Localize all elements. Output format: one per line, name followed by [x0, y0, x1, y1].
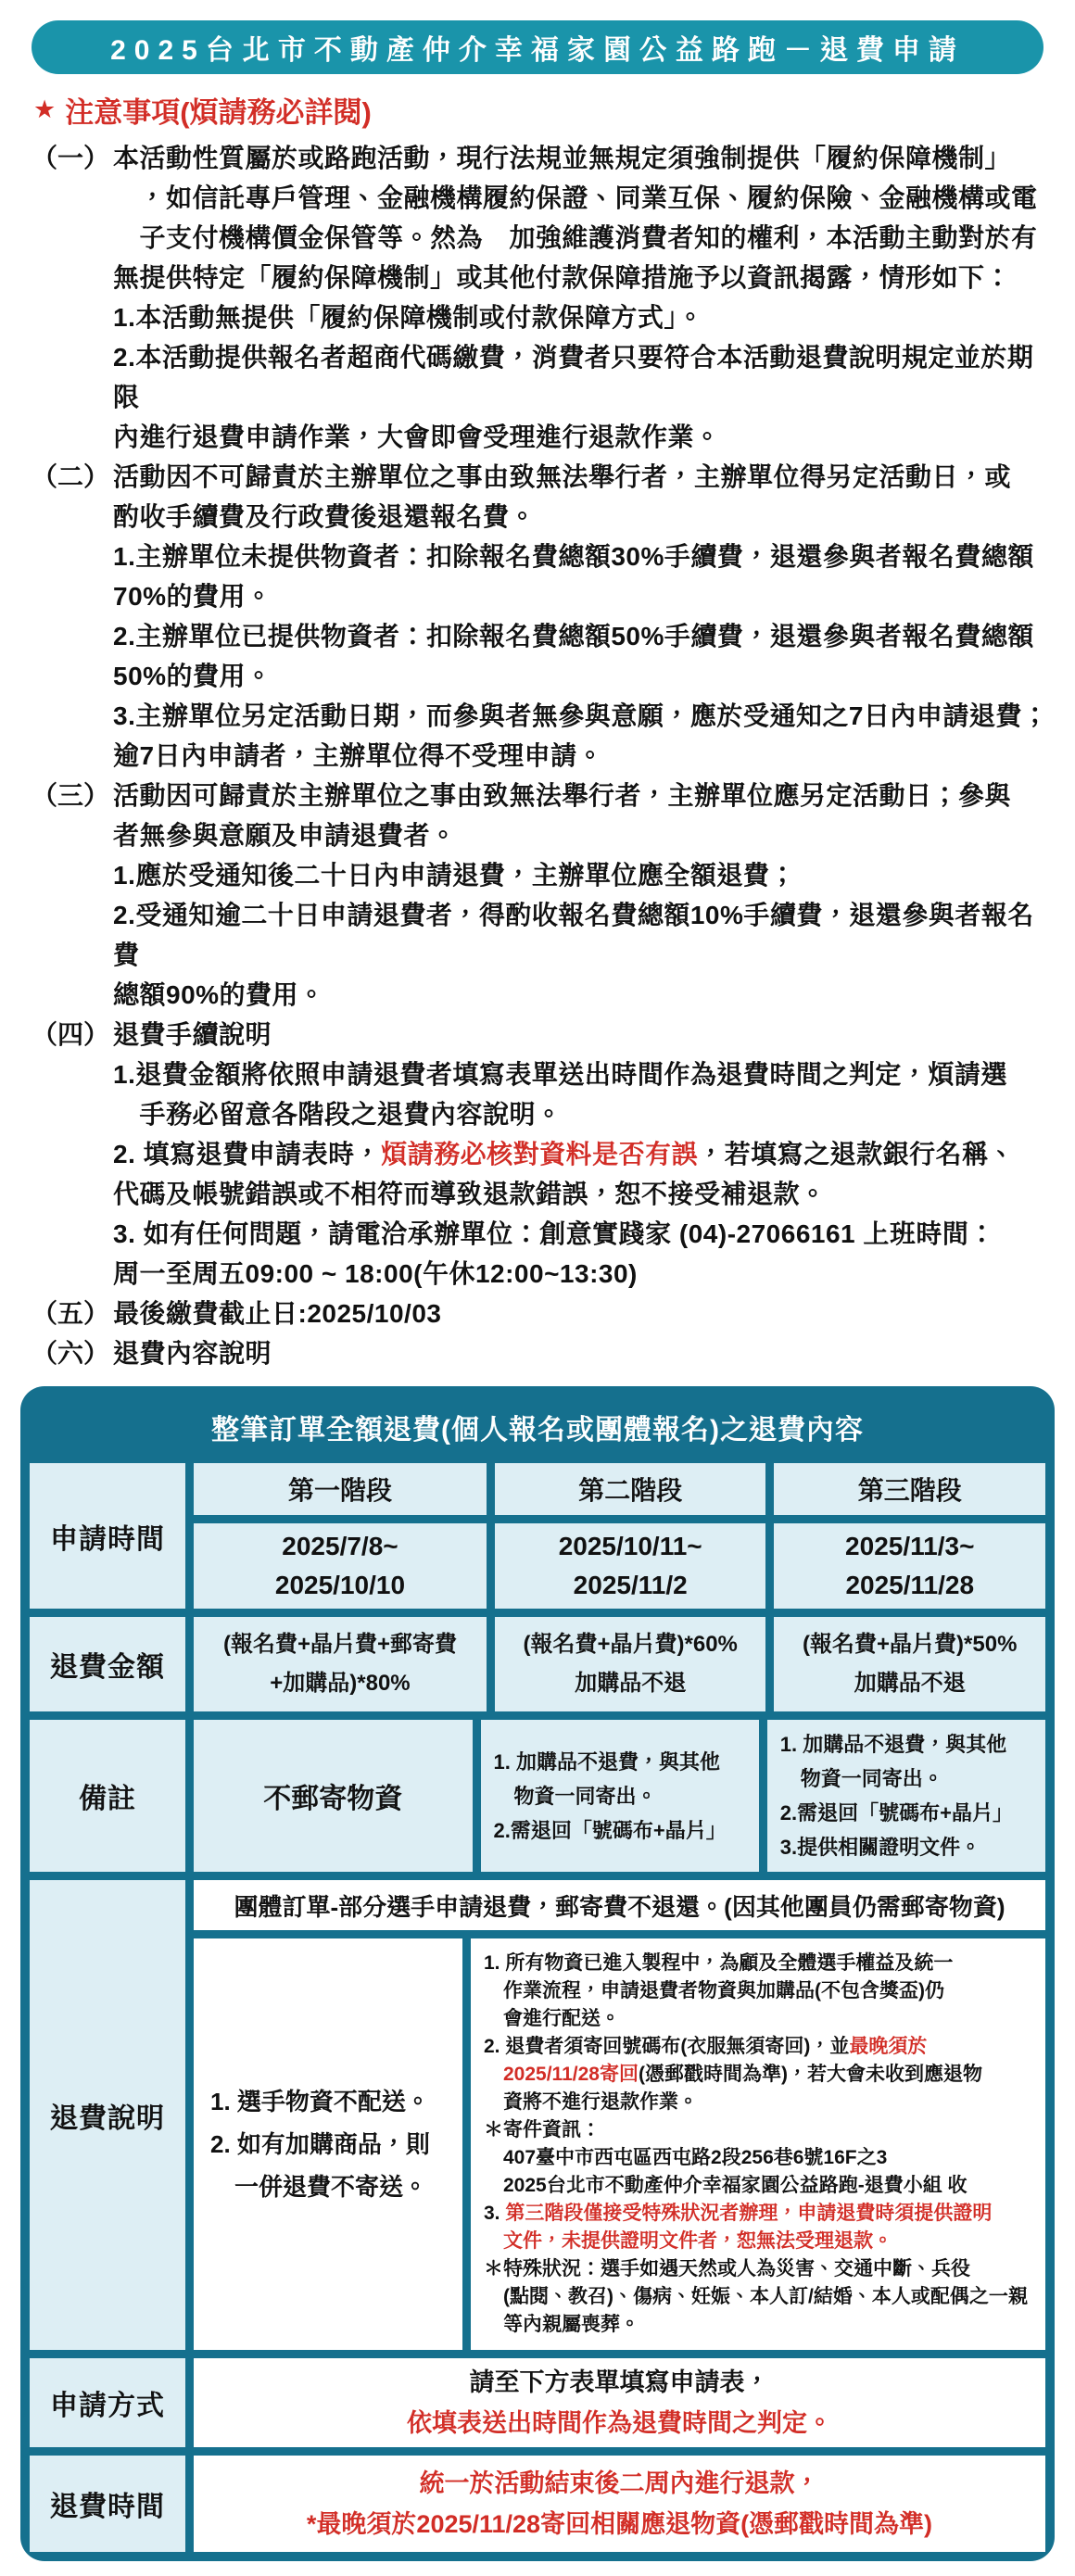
row-label-apply-time: 申請時間 [30, 1463, 185, 1609]
stage1-dates: 2025/7/8~ 2025/10/10 [194, 1523, 487, 1609]
row-refund-time: 退費時間 統一於活動結束後二周內進行退款， *最晚須於2025/11/28寄回相… [30, 2456, 1045, 2552]
notice-item-5: （五） 最後繳費截止日:2025/10/03 [32, 1294, 1058, 1333]
notice-item-6: （六） 退費內容說明 [32, 1333, 1058, 1373]
notice-item-label: （四） [32, 1015, 113, 1054]
row-remark: 備註 不郵寄物資 1. 加購品不退費，與其他 物資一同寄出。 2.需退回「號碼布… [30, 1720, 1045, 1872]
remark-stage2: 1. 加購品不退費，與其他 物資一同寄出。 2.需退回「號碼布+晶片」 [481, 1720, 759, 1872]
notice-item-4: （四） 退費手續說明 1.退費金額將依照申請退費者填寫表單送出時間作為退費時間之… [32, 1015, 1058, 1294]
notice-item-body: 活動因可歸責於主辦單位之事由致無法舉行者，主辦單位應另定活動日；參與 者無參與意… [113, 776, 1058, 1015]
description-content: 團體訂單-部分選手申請退費，郵寄費不退還。(因其他團員仍需郵寄物資) 1. 選手… [194, 1880, 1045, 2350]
apply-method-cell: 請至下方表單填寫申請表， 依填表送出時間作為退費時間之判定。 [194, 2358, 1045, 2447]
amount-stage3: (報名費+晶片費)*50% 加購品不退 [774, 1617, 1045, 1711]
stage3-name: 第三階段 [774, 1463, 1045, 1515]
description-sub-row: 1. 選手物資不配送。 2. 如有加購商品，則 一併退費不寄送。 1. 所有物資… [194, 1938, 1045, 2350]
row-apply-time: 申請時間 第一階段 2025/7/8~ 2025/10/10 第二階段 2025… [30, 1463, 1045, 1609]
row-label-refund-description: 退費說明 [30, 1880, 185, 2350]
stage3-dates: 2025/11/3~ 2025/11/28 [774, 1523, 1045, 1609]
description-left-cell: 1. 選手物資不配送。 2. 如有加購商品，則 一併退費不寄送。 [194, 1938, 462, 2350]
notice-item-label: （五） [32, 1294, 113, 1333]
row-apply-method: 申請方式 請至下方表單填寫申請表， 依填表送出時間作為退費時間之判定。 [30, 2358, 1045, 2447]
amount-stage2: (報名費+晶片費)*60% 加購品不退 [495, 1617, 766, 1711]
row-label-refund-time: 退費時間 [30, 2456, 185, 2552]
row-label-remark: 備註 [30, 1720, 185, 1872]
notice-heading: ★ 注意事項(煩請務必詳閱) [33, 89, 1075, 131]
stage2-name: 第二階段 [495, 1463, 766, 1515]
notice-item-body: 最後繳費截止日:2025/10/03 [113, 1294, 1058, 1333]
stage3-column: 第三階段 2025/11/3~ 2025/11/28 [774, 1463, 1045, 1609]
notice-heading-text: 注意事項(煩請務必詳閱) [65, 89, 372, 131]
notice-item-label: （三） [32, 776, 113, 815]
page-title-banner: 2025台北市不動產仲介幸福家園公益路跑－退費申請 [32, 20, 1043, 74]
row-label-apply-method: 申請方式 [30, 2358, 185, 2447]
stage1-name: 第一階段 [194, 1463, 487, 1515]
table-title: 整筆訂單全額退費(個人報名或團體報名)之退費內容 [30, 1395, 1045, 1455]
notice-item-body: 退費內容說明 [113, 1333, 1058, 1373]
row-label-refund-amount: 退費金額 [30, 1617, 185, 1711]
notice-item-body: 本活動性質屬於或路跑活動，現行法規並無規定須強制提供「履約保障機制」 ，如信託專… [113, 138, 1058, 457]
stage2-dates: 2025/10/11~ 2025/11/2 [495, 1523, 766, 1609]
star-icon: ★ [33, 95, 56, 124]
notice-item-3: （三） 活動因可歸責於主辦單位之事由致無法舉行者，主辦單位應另定活動日；參與 者… [32, 776, 1058, 1015]
description-right-cell: 1. 所有物資已進入製程中，為顧及全體選手權益及統一 作業流程，申請退費者物資與… [471, 1938, 1045, 2350]
row-refund-amount: 退費金額 (報名費+晶片費+郵寄費 +加購品)*80% (報名費+晶片費)*60… [30, 1617, 1045, 1711]
notice-item-2: （二） 活動因不可歸責於主辦單位之事由致無法舉行者，主辦單位得另定活動日，或 酌… [32, 457, 1058, 776]
notice-list: （一） 本活動性質屬於或路跑活動，現行法規並無規定須強制提供「履約保障機制」 ，… [32, 138, 1058, 1373]
refund-time-cell: 統一於活動結束後二周內進行退款， *最晚須於2025/11/28寄回相關應退物資… [194, 2456, 1045, 2552]
remark-stage3: 1. 加購品不退費，與其他 物資一同寄出。 2.需退回「號碼布+晶片」 3.提供… [767, 1720, 1045, 1872]
group-order-note: 團體訂單-部分選手申請退費，郵寄費不退還。(因其他團員仍需郵寄物資) [194, 1880, 1045, 1930]
notice-item-label: （二） [32, 457, 113, 497]
amount-stage1: (報名費+晶片費+郵寄費 +加購品)*80% [194, 1617, 487, 1711]
notice-item-label: （六） [32, 1333, 113, 1373]
notice-item-label: （一） [32, 138, 113, 178]
refund-notice-page: 2025台北市不動產仲介幸福家園公益路跑－退費申請 ★ 注意事項(煩請務必詳閱)… [0, 0, 1075, 2576]
notice-item-body: 退費手續說明 1.退費金額將依照申請退費者填寫表單送出時間作為退費時間之判定，煩… [113, 1015, 1058, 1294]
row-refund-description: 退費說明 團體訂單-部分選手申請退費，郵寄費不退還。(因其他團員仍需郵寄物資) … [30, 1880, 1045, 2350]
stage2-column: 第二階段 2025/10/11~ 2025/11/2 [495, 1463, 766, 1609]
notice-item-body: 活動因不可歸責於主辦單位之事由致無法舉行者，主辦單位得另定活動日，或 酌收手續費… [113, 457, 1058, 776]
remark-stage1: 不郵寄物資 [194, 1720, 473, 1872]
stage1-column: 第一階段 2025/7/8~ 2025/10/10 [194, 1463, 487, 1609]
notice-item-1: （一） 本活動性質屬於或路跑活動，現行法規並無規定須強制提供「履約保障機制」 ，… [32, 138, 1058, 457]
